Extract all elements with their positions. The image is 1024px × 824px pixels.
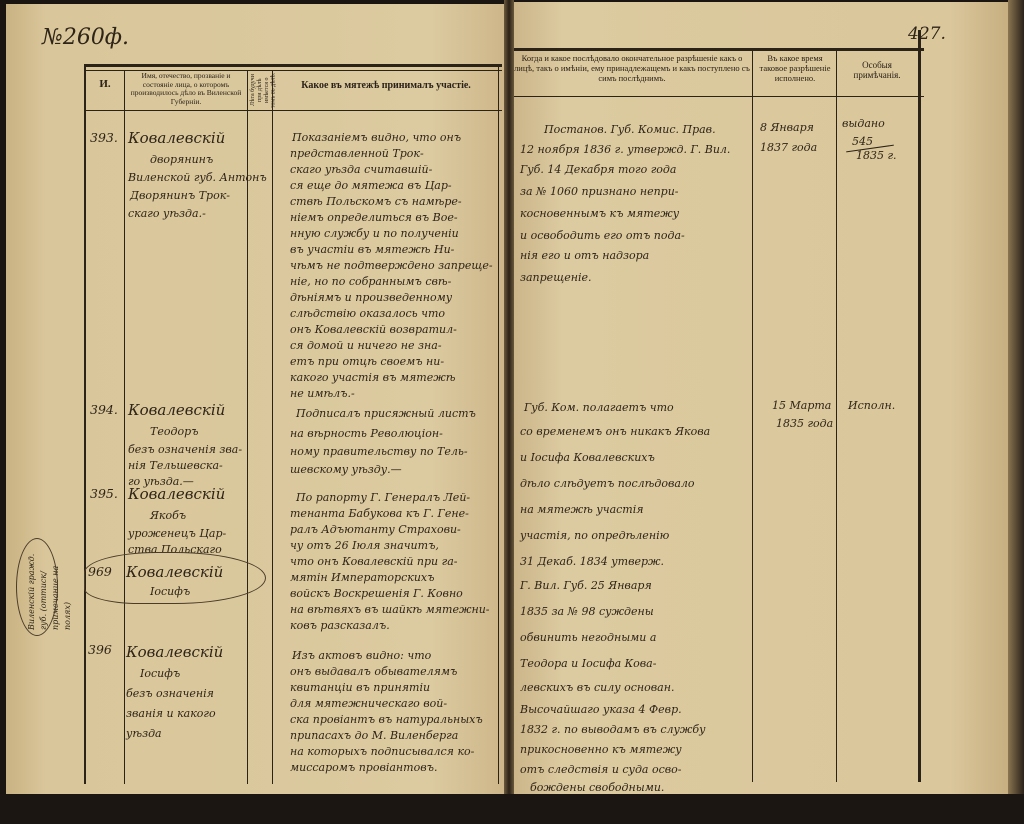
- col-header-executed: Въ какое время таковое разрѣшеніе исполн…: [754, 54, 836, 83]
- name-line: Іосифъ: [150, 580, 190, 604]
- header-bottom-rule: [84, 110, 502, 111]
- note-line: Исполн.: [848, 394, 895, 418]
- text-line: и Іосифа Ковалевскихъ: [520, 446, 655, 470]
- text-line: на мятежѣ участія: [520, 498, 644, 522]
- header-top-rule: [514, 48, 924, 51]
- col-header-decision: Когда и какое послѣдовало окончательное …: [514, 54, 750, 83]
- executed-year: 1837 года: [760, 136, 817, 160]
- col-rule: [836, 50, 837, 782]
- name-line: скаго уѣзда.-: [128, 202, 206, 226]
- entry-number: 969: [88, 560, 112, 584]
- col-rule: [752, 50, 753, 782]
- margin-note-oval: [16, 538, 58, 636]
- header-top-rule: [84, 64, 502, 67]
- text-line: бождены свободными.: [530, 776, 664, 800]
- name-line: уѣзда: [126, 722, 162, 746]
- col-rule: [918, 30, 921, 782]
- col-header-name: Имя, отечество, прозваніе и состояніе ли…: [126, 72, 246, 107]
- text-line: обвинить негодными а: [520, 626, 656, 650]
- col-header-num: И.: [86, 78, 124, 91]
- text-line: Г. Вил. Губ. 25 Января: [520, 574, 652, 598]
- col-header-notes: Особыя примѣчанія.: [838, 60, 916, 81]
- col-header-participation: Какое въ мятежѣ принималъ участіе.: [276, 80, 496, 92]
- name-line: Ковалевскій: [128, 398, 225, 422]
- page-edge: [1008, 0, 1024, 824]
- name-line: Ковалевскій: [126, 640, 223, 664]
- text-line: участія, по опредѣленію: [520, 524, 669, 548]
- book-gutter: [504, 0, 514, 824]
- col-header-age: Лѣта будучи при дѣлѣ имѣется о томъ въ д…: [250, 72, 270, 108]
- text-line: запрещеніе.: [520, 266, 591, 290]
- name-line: Ковалевскій: [128, 126, 225, 150]
- text-line: Теодора и Іосифа Кова-: [520, 652, 656, 676]
- text-line: 31 Декаб. 1834 утверж.: [520, 550, 664, 574]
- executed-year: 1835 года: [776, 412, 833, 436]
- col-rule: [272, 70, 273, 784]
- text-line: миссаромъ провіантовъ.: [290, 756, 437, 780]
- text-line: косновеннымъ къ мятежу: [520, 202, 679, 226]
- entry-number: 396: [88, 638, 112, 662]
- entry-number: 395.: [90, 482, 118, 506]
- text-line: левскихъ въ силу основан.: [520, 676, 674, 700]
- entry-number: 393.: [90, 126, 118, 150]
- text-line: нія его и отъ надзора: [520, 244, 649, 268]
- note-line: 1835 г.: [856, 144, 897, 168]
- text-line: за № 1060 признано непри-: [520, 180, 679, 204]
- text-line: дѣло слѣдуетъ послѣдовало: [520, 472, 695, 496]
- text-line: ковъ разсказалъ.: [290, 614, 390, 638]
- page-number: 427.: [908, 22, 946, 46]
- text-line: шевскому уѣзду.—: [290, 458, 402, 482]
- text-line: со временемъ онъ никакъ Якова: [520, 420, 710, 444]
- bottom-shadow: [0, 794, 1024, 824]
- archive-number: №260ф.: [42, 26, 129, 50]
- text-line: Губ. Ком. полагаетъ что: [524, 396, 674, 420]
- col-rule: [84, 64, 86, 784]
- text-line: 1835 за № 98 суждены: [520, 600, 654, 624]
- col-rule: [498, 64, 499, 784]
- entry-number: 394.: [90, 398, 118, 422]
- header-bottom-rule: [514, 96, 924, 97]
- name-line: Ковалевскій: [128, 482, 225, 506]
- text-line: Губ. 14 Декабря того года: [520, 158, 676, 182]
- col-rule: [124, 70, 125, 784]
